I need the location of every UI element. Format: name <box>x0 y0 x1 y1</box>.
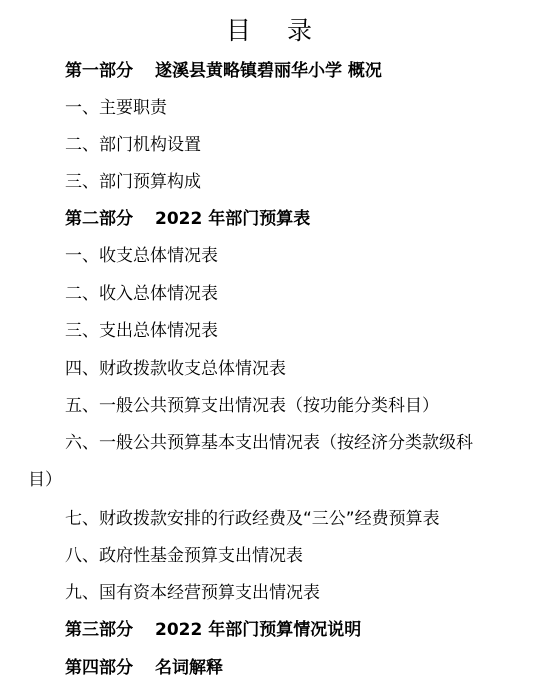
toc-part-2[interactable]: 第二部分2022 年部门预算表 <box>65 207 310 231</box>
toc-item[interactable]: 一、主要职责 <box>65 96 167 120</box>
toc-item[interactable]: 三、支出总体情况表 <box>65 319 218 343</box>
toc-item[interactable]: 六、一般公共预算基本支出情况表（按经济分类款级科 <box>65 431 473 455</box>
toc-item[interactable]: 八、政府性基金预算支出情况表 <box>65 544 303 568</box>
toc-item[interactable]: 七、财政拨款安排的行政经费及“三公”经费预算表 <box>65 507 440 531</box>
part-title: 遂溪县黄略镇碧丽华小学 概况 <box>155 61 382 81</box>
toc-item[interactable]: 一、收支总体情况表 <box>65 244 218 268</box>
part-title: 名词解释 <box>155 658 223 678</box>
toc-item-continuation[interactable]: 目） <box>28 468 62 492</box>
toc-item[interactable]: 四、财政拨款收支总体情况表 <box>65 357 286 381</box>
toc-item[interactable]: 三、部门预算构成 <box>65 170 201 194</box>
toc-part-1[interactable]: 第一部分遂溪县黄略镇碧丽华小学 概况 <box>65 59 382 83</box>
part-label: 第二部分 <box>65 209 133 229</box>
part-title: 2022 年部门预算情况说明 <box>155 620 361 640</box>
part-label: 第一部分 <box>65 61 133 81</box>
toc-part-3[interactable]: 第三部分2022 年部门预算情况说明 <box>65 618 361 642</box>
toc-item[interactable]: 九、国有资本经营预算支出情况表 <box>65 581 320 605</box>
part-label: 第三部分 <box>65 620 133 640</box>
toc-item[interactable]: 二、收入总体情况表 <box>65 282 218 306</box>
part-label: 第四部分 <box>65 658 133 678</box>
toc-item[interactable]: 五、一般公共预算支出情况表（按功能分类科目） <box>65 394 439 418</box>
toc-item[interactable]: 二、部门机构设置 <box>65 133 201 157</box>
toc-part-4[interactable]: 第四部分名词解释 <box>65 656 223 680</box>
toc-title: 目 录 <box>0 14 538 48</box>
part-title: 2022 年部门预算表 <box>155 209 310 229</box>
